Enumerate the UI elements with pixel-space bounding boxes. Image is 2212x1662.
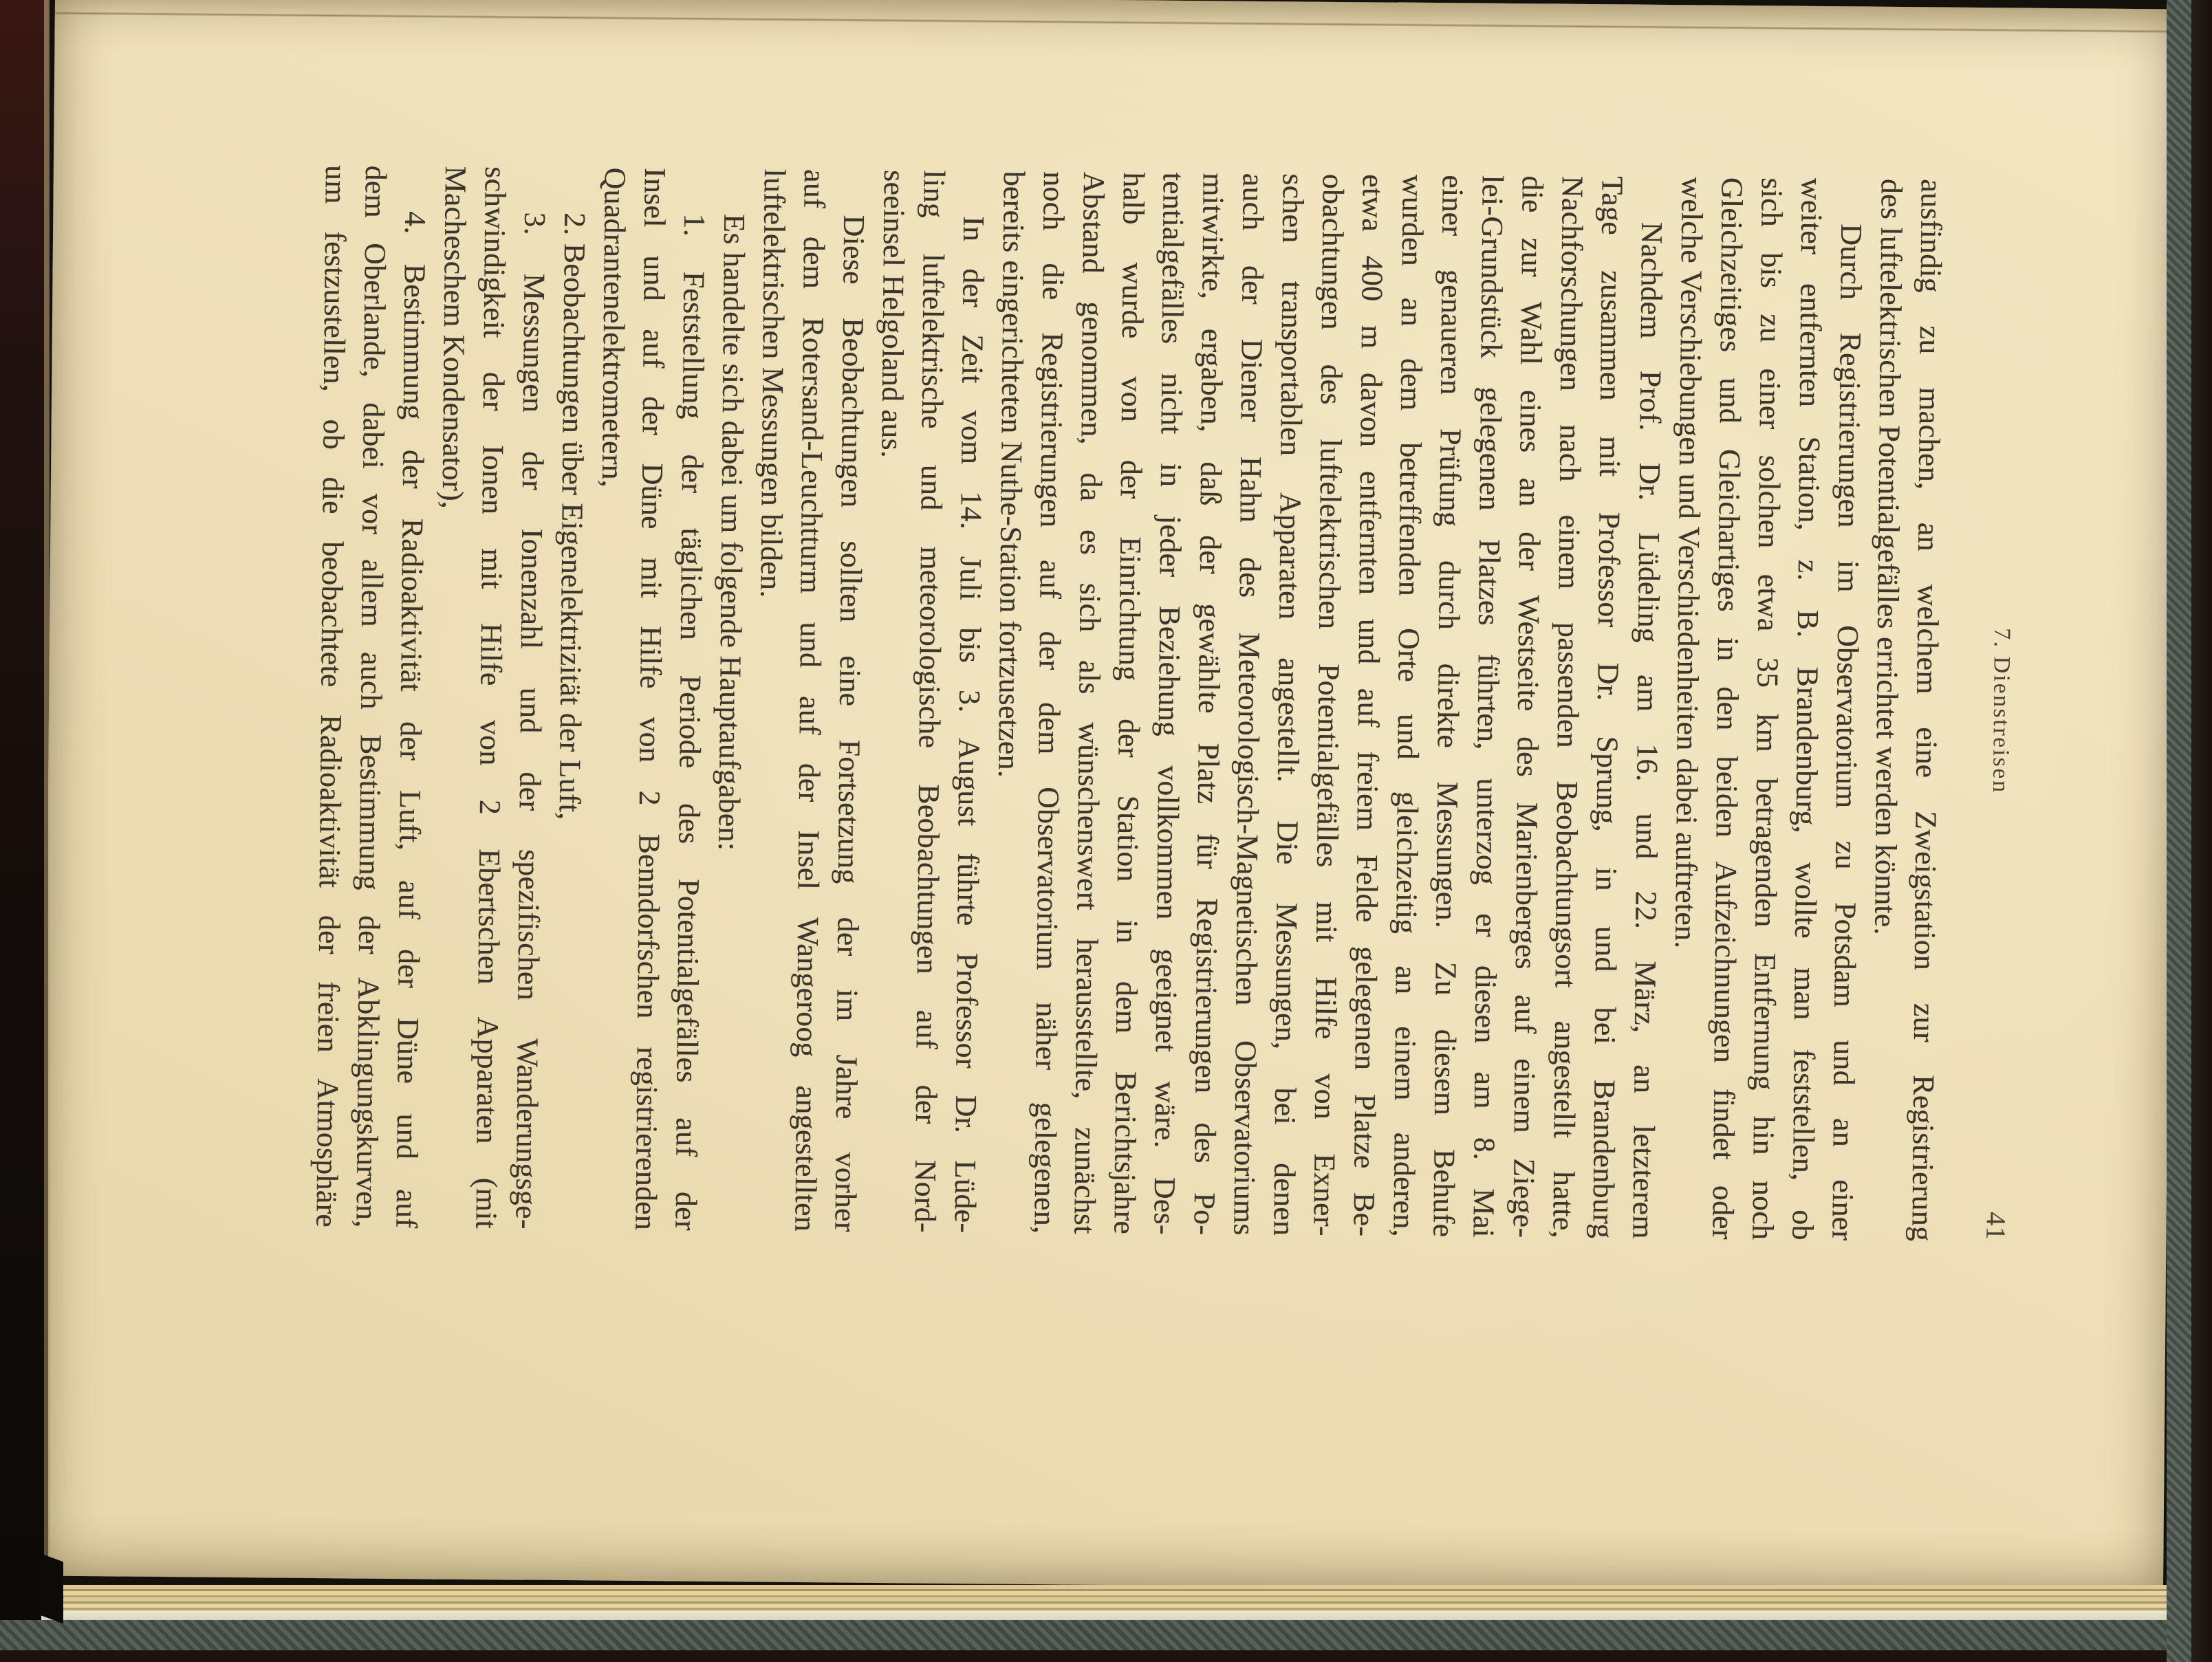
paragraph: Diese Beobachtungen sollten eine Fortset… (745, 168, 874, 1232)
endpaper-edge (41, 1611, 2173, 1621)
paragraph: Durch Registrierungen im Observatorium z… (1662, 177, 1871, 1240)
background-bottom (0, 1650, 2212, 1662)
scanned-book-page: 7. Dienstreisen 41 ausfindig zu machen, … (0, 0, 2212, 1662)
cover-cloth-edge-right (2167, 0, 2193, 1662)
book-spine-shadow (0, 0, 48, 1662)
page-edge-sliver (44, 0, 50, 1588)
paragraph: 4. Bestimmung der Radioaktivität der Luf… (306, 165, 435, 1228)
cover-cloth-edge-bottom (0, 1620, 2212, 1653)
paragraph: 1. Feststellung der täglichen Periode de… (585, 167, 714, 1230)
cover-corner (40, 1553, 63, 1623)
paragraph: In der Zeit vom 14. Juli bis 3. August f… (865, 170, 993, 1233)
paragraph: ausfindig zu machen, an welchem eine Zwe… (1862, 179, 1951, 1242)
page-stack-fore-edge (41, 1585, 2168, 1612)
text-block: ausfindig zu machen, an welchem eine Zwe… (306, 165, 1951, 1242)
page-number: 41 (1980, 1212, 2012, 1240)
page: 7. Dienstreisen 41 ausfindig zu machen, … (41, 0, 2177, 1594)
background-right (2191, 0, 2212, 1662)
paragraph: Nachdem Prof. Dr. Lüdeling am 16. und 22… (984, 171, 1671, 1240)
paragraph: 3. Messungen der Ionenzahl und der spezi… (426, 166, 554, 1229)
